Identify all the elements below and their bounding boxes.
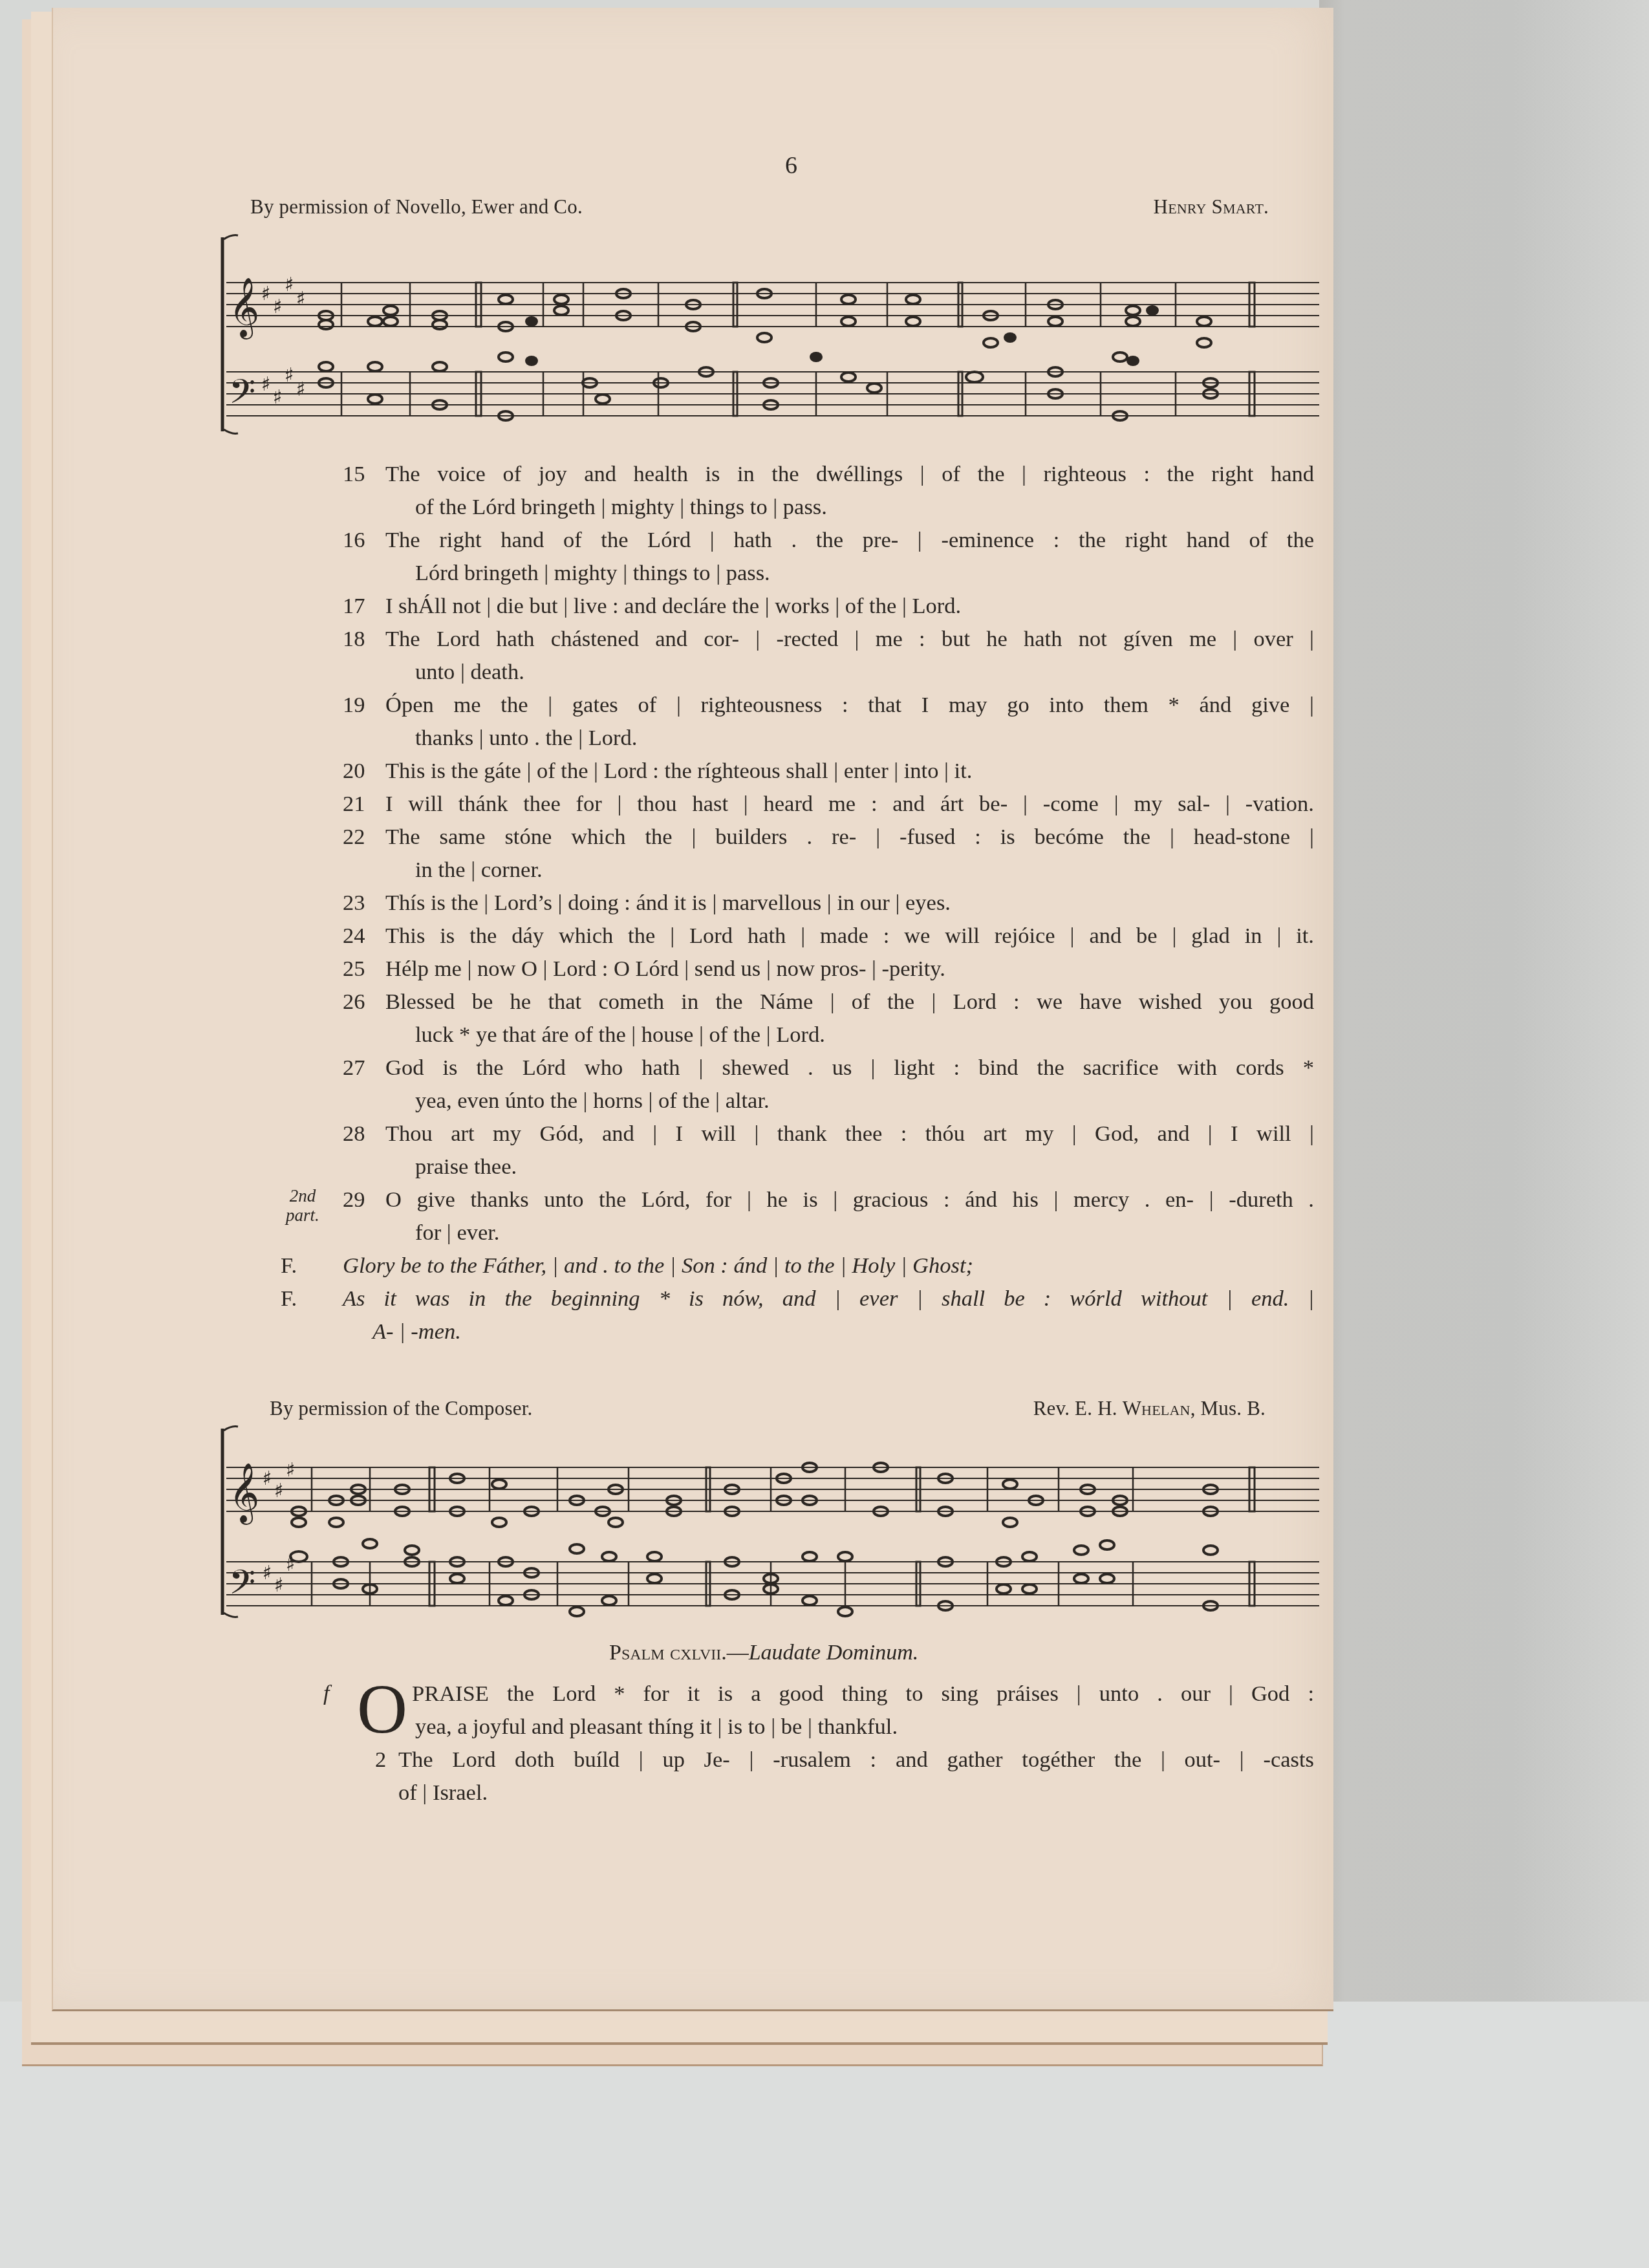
- verse-number: 27: [343, 1052, 365, 1085]
- verse-line-cont: luck * ye that áre of the | house | of t…: [385, 1019, 1314, 1052]
- verse-26: 26 Blessed be he that cometh in the Náme…: [343, 986, 1314, 1052]
- verse-line-cont: yea, even únto the | horns | of the | al…: [385, 1085, 1314, 1118]
- svg-text:𝄞: 𝄞: [229, 1462, 259, 1525]
- verse-16: 16 The right hand of the Lórd | hath . t…: [343, 524, 1314, 590]
- verse-number: 2: [375, 1744, 386, 1777]
- svg-text:♯: ♯: [261, 283, 271, 305]
- verse-15: 15 The voice of joy and health is in the…: [343, 458, 1314, 524]
- second-part-note: 2nd part.: [286, 1186, 319, 1225]
- verse-20: 20 This is the gáte | of the | Lord : th…: [343, 755, 1314, 788]
- svg-text:♯: ♯: [296, 378, 306, 401]
- verse-line: God is the Lórd who hath | shewed . us |…: [385, 1052, 1314, 1085]
- verse-line-cont: in the | corner.: [385, 854, 1314, 887]
- verse-28: 28 Thou art my Gód, and | I will | thank…: [343, 1118, 1314, 1183]
- verse-line: The right hand of the Lórd | hath . the …: [385, 524, 1314, 557]
- verse-17: 17 I shÁll not | die but | live : and d…: [343, 590, 1314, 623]
- document-page: 6 By permission of Novello, Ewer and Co.…: [52, 8, 1333, 2011]
- verse-number: 17: [343, 590, 365, 623]
- chant1-permission: By permission of Novello, Ewer and Co.: [250, 195, 583, 219]
- verse-number: 21: [343, 788, 365, 821]
- chant2-composer: Rev. E. H. Whelan, Mus. B.: [1033, 1397, 1266, 1420]
- verse-22: 22 The same stóne which the | builders .…: [343, 821, 1314, 887]
- verse-21: 21 I will thánk thee for | thou hast | h…: [343, 788, 1314, 821]
- verse-line: The Lord doth buíld | up Je- | -rusalem …: [375, 1744, 1314, 1777]
- chant2-permission: By permission of the Composer.: [270, 1397, 532, 1420]
- verse-line: I will thánk thee for | thou hast | hear…: [385, 788, 1314, 821]
- psalm147-title: Psalm cxlvii.—Laudate Dominum.: [609, 1641, 918, 1665]
- verse-line: I shÁll not | die but | live : and decl…: [385, 590, 1314, 623]
- verse-25: 25 Hélp me | now O | Lord : O Lórd | sen…: [343, 953, 1314, 986]
- svg-text:♯: ♯: [286, 1459, 296, 1482]
- verse-line-cont: Lórd bringeth | mighty | things to | pas…: [385, 557, 1314, 590]
- full-mark: F.: [281, 1249, 297, 1282]
- svg-text:♯: ♯: [263, 1467, 272, 1490]
- verse-line: Ópen me the | gates of | righteousness :…: [385, 689, 1314, 722]
- svg-text:♯: ♯: [273, 296, 283, 318]
- verse-number: 23: [343, 887, 365, 920]
- chant1-composer: Henry Smart.: [1154, 195, 1269, 219]
- page-number: 6: [785, 151, 797, 180]
- svg-text:♯: ♯: [273, 386, 283, 409]
- verse-line-cont: of | Israel.: [375, 1777, 1314, 1809]
- verse-line: Blessed be he that cometh in the Náme | …: [385, 986, 1314, 1019]
- svg-text:𝄢: 𝄢: [229, 373, 255, 420]
- verse-line-cont: yea, a joyful and pleasant thíng it | is…: [412, 1711, 1314, 1744]
- svg-text:♯: ♯: [274, 1480, 284, 1502]
- svg-text:♯: ♯: [263, 1562, 272, 1584]
- svg-text:♯: ♯: [296, 288, 306, 310]
- full-mark: F.: [281, 1282, 297, 1315]
- chant1-score: 𝄞 𝄢 ♯ ♯ ♯ ♯ ♯ ♯ ♯ ♯: [215, 228, 1320, 441]
- verse-number: 20: [343, 755, 365, 788]
- verse-line-cont: praise thee.: [385, 1150, 1314, 1183]
- verse-23: 23 Thís is the | Lord’s | doing : ánd it…: [343, 887, 1314, 920]
- gloria-text-cont: A- | -men.: [343, 1315, 1314, 1348]
- psalm147-verse-2: 2 The Lord doth buíld | up Je- | -rusale…: [375, 1744, 1314, 1809]
- verse-line: Thís is the | Lord’s | doing : ánd it is…: [385, 887, 1314, 920]
- verse-line-cont: of the Lórd bringeth | mighty | things t…: [385, 491, 1314, 524]
- gloria-text: As it was in the beginning * is nów, and…: [343, 1282, 1314, 1315]
- gloria-line-1: F. Glory be to the Fáther, | and . to th…: [343, 1249, 1314, 1282]
- verse-line: Thou art my Gód, and | I will | thank th…: [385, 1118, 1314, 1150]
- svg-text:𝄢: 𝄢: [229, 1563, 255, 1611]
- psalm147-verse-1: PRAISE the Lord * for it is a good thing…: [412, 1678, 1314, 1744]
- verse-line: The same stóne which the | builders . re…: [385, 821, 1314, 854]
- verse-number: 26: [343, 986, 365, 1019]
- gloria-text: Glory be to the Fáther, | and . to the |…: [343, 1249, 1314, 1282]
- verse-line-cont: unto | death.: [385, 656, 1314, 689]
- verse-19: 19 Ópen me the | gates of | righteousnes…: [343, 689, 1314, 755]
- drop-cap: O: [357, 1675, 407, 1745]
- chant2-score: 𝄞 𝄢 ♯ ♯ ♯ ♯ ♯ ♯: [215, 1421, 1320, 1628]
- svg-text:𝄞: 𝄞: [229, 277, 259, 340]
- svg-text:♯: ♯: [274, 1574, 284, 1597]
- forte-dynamic-mark: f: [323, 1681, 329, 1706]
- verse-number: 28: [343, 1118, 365, 1150]
- verse-number: 22: [343, 821, 365, 854]
- svg-text:♯: ♯: [285, 274, 294, 296]
- verse-number: 16: [343, 524, 365, 557]
- verse-27: 27 God is the Lórd who hath | shewed . u…: [343, 1052, 1314, 1118]
- verse-line: PRAISE the Lord * for it is a good thing…: [412, 1678, 1314, 1711]
- verse-number: 18: [343, 623, 365, 656]
- verse-29: 2nd part. 29 O give thanks unto the Lórd…: [343, 1183, 1314, 1249]
- verse-number: 19: [343, 689, 365, 722]
- verse-line: The Lord hath chástened and cor- | -rect…: [385, 623, 1314, 656]
- verse-24: 24 This is the dáy which the | Lord hath…: [343, 920, 1314, 953]
- verse-line: The voice of joy and health is in the dw…: [385, 458, 1314, 491]
- verse-number: 29: [343, 1183, 365, 1216]
- psalm118-verses: 15 The voice of joy and health is in the…: [343, 458, 1314, 1348]
- gloria-line-2: F. As it was in the beginning * is nów, …: [343, 1282, 1314, 1348]
- verse-number: 15: [343, 458, 365, 491]
- svg-text:♯: ♯: [285, 364, 294, 387]
- scanner-background-right: [1319, 0, 1649, 2268]
- verse-line-cont: for | ever.: [385, 1216, 1314, 1249]
- verse-number: 24: [343, 920, 365, 953]
- verse-number: 25: [343, 953, 365, 986]
- svg-text:♯: ♯: [261, 373, 271, 396]
- verse-18: 18 The Lord hath chástened and cor- | -r…: [343, 623, 1314, 689]
- verse-line: This is the dáy which the | Lord hath | …: [385, 920, 1314, 953]
- verse-line: This is the gáte | of the | Lord : the r…: [385, 755, 1314, 788]
- verse-line: O give thanks unto the Lórd, for | he is…: [385, 1183, 1314, 1216]
- verse-line: Hélp me | now O | Lord : O Lórd | send u…: [385, 953, 1314, 986]
- verse-line-cont: thanks | unto . the | Lord.: [385, 722, 1314, 755]
